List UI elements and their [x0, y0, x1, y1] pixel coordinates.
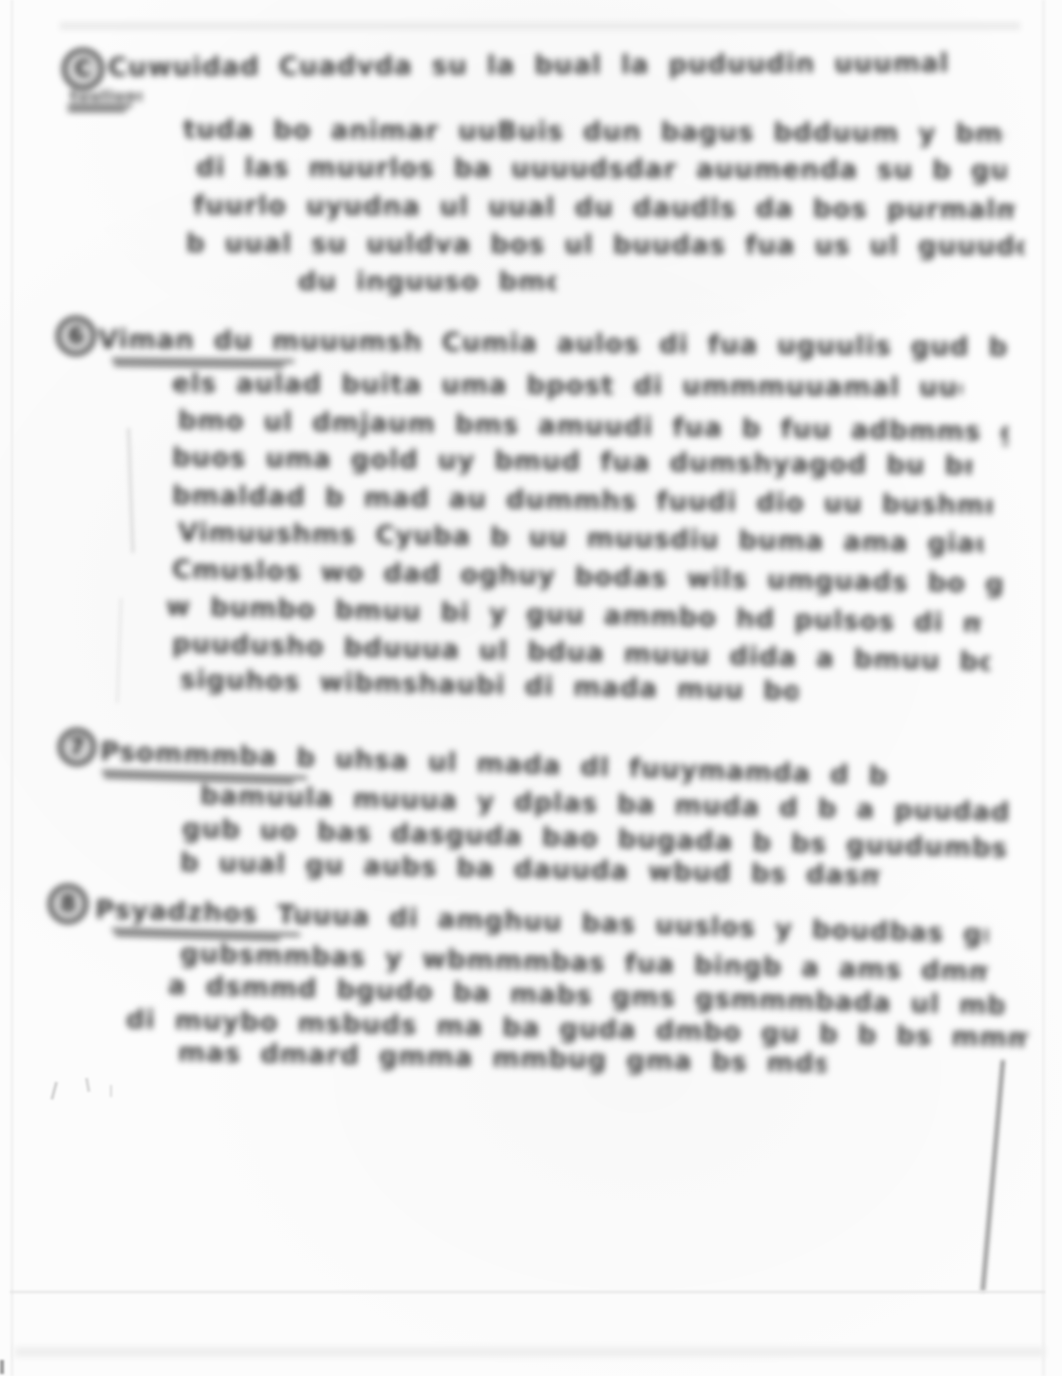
handwriting-line: bmo ul dmjaum bms amuudi fua b fuu adbmm… [178, 405, 1008, 455]
paragraph-4: 8Psyadzhos Tuuua di amghuu bas uuslos y … [0, 0, 1062, 1376]
handwritten-underline [115, 933, 280, 941]
circled-paragraph-marker: C [62, 48, 104, 90]
handwriting-line: a dsmmd bgudo ba mabs gms gsmmmbada ul m… [168, 970, 1005, 1028]
speck-1 [50, 1082, 58, 1100]
handwriting-line: Viman du muuumsh Cumia aulos di fua uguu… [98, 324, 1010, 370]
handwriting-line: b uual gu aubs ba dauuda wbud bs dasmlbs… [180, 847, 881, 898]
handwriting-line: di muybo msbuds ma ba guda dmbo gu b b b… [126, 1004, 1029, 1061]
corner-speck [0, 1360, 4, 1374]
handwritten-underline [102, 770, 307, 779]
handwritten-underline [68, 109, 126, 112]
handwriting-line: bamuula muuua y dplas ba muda d b a puud… [200, 780, 1009, 835]
handwriting-line: Cmuslos wo dad oghuy bodas wils umguads … [172, 554, 1003, 606]
paragraph-2: 6Viman du muuumsh Cumia aulos di fua ugu… [0, 0, 1062, 1376]
handwriting-line: tuda bo animar uuBuis dun bagus bdduum y… [183, 114, 1005, 156]
handwriting-line: du inguuso bmd [298, 266, 556, 304]
speck-3 [110, 1085, 112, 1097]
handwriting-line: b uual su uuldva bos ul buudas fua us ul… [186, 228, 1024, 269]
handwritten-underline [112, 928, 300, 936]
handwriting-line: di las muurlos ba uuuudsdar auumenda su … [196, 152, 1006, 193]
margin-streak-2 [116, 598, 122, 703]
handwritten-underline [68, 104, 132, 107]
handwriting-line: gub uo bas dasguda bao bugada b bs guudu… [182, 813, 1015, 871]
handwriting-line: w bumbo bmuu bi y guu ammbo hd pulsos di… [166, 591, 982, 646]
handwriting-line: tuuliuos [70, 86, 142, 109]
bottom-scan-band [15, 1347, 1045, 1357]
page-edge-shading-right [1042, 0, 1045, 1376]
handwriting-line: Cuwuidad Cuadvda su la bual la puduudin … [108, 47, 968, 90]
handwritten-underline [114, 363, 284, 368]
crease-line [10, 1291, 1045, 1293]
handwriting-line: bmaldad b mad au dummhs fuudi dio uu bus… [172, 480, 992, 528]
paragraph-3: 7Psommmba b uhsa ul mada dl fuuymamda d … [0, 0, 1062, 1376]
margin-streak-1 [127, 428, 134, 553]
circled-paragraph-marker: 6 [56, 316, 96, 356]
handwriting-line: Psyadzhos Tuuua di amghuu bas uuslos y b… [94, 894, 988, 957]
circled-paragraph-marker: 7 [58, 728, 96, 766]
scanned-page: CCuwuidad Cuadvda su la bual la puduudin… [0, 0, 1062, 1376]
page-edge-shading-left [11, 0, 13, 1376]
handwriting-line: puudusho bduuua ul bdua muuu dida a bmuu… [172, 628, 991, 685]
speck-2 [85, 1078, 90, 1092]
handwriting-line: els aulad buita uma bpost di ummmuuamal … [172, 368, 962, 410]
handwritten-underline [104, 775, 294, 784]
handwritten-underline [112, 358, 294, 363]
handwriting-line: mas dmard gmma mmbug gma bs mds dmmmd [178, 1037, 827, 1086]
handwriting-line: gubsmmbas y wbmmmbas fua bingb a ams dmm… [180, 938, 989, 994]
paragraph-1: CCuwuidad Cuadvda su la bual la puduudin… [0, 0, 1062, 1376]
handwriting-line: siguhos wibmshaubi di mada muu bo dmmbs [180, 664, 799, 714]
handwriting-line: Psommmba b uhsa ul mada dl fuuymamda d b… [99, 736, 900, 799]
top-smudge [60, 22, 1020, 30]
diagonal-pen-line [981, 1060, 1005, 1291]
circled-paragraph-marker: 8 [48, 884, 88, 924]
handwriting-line: Vimuushms Cyuba b uu muusdiu buma ama gi… [178, 517, 983, 566]
handwriting-line: fuurlo uyudna ul uual du daudls da bos p… [193, 190, 1015, 232]
handwriting-line: buos uma gold uy bmud fua dumshyagod bu … [172, 442, 972, 488]
